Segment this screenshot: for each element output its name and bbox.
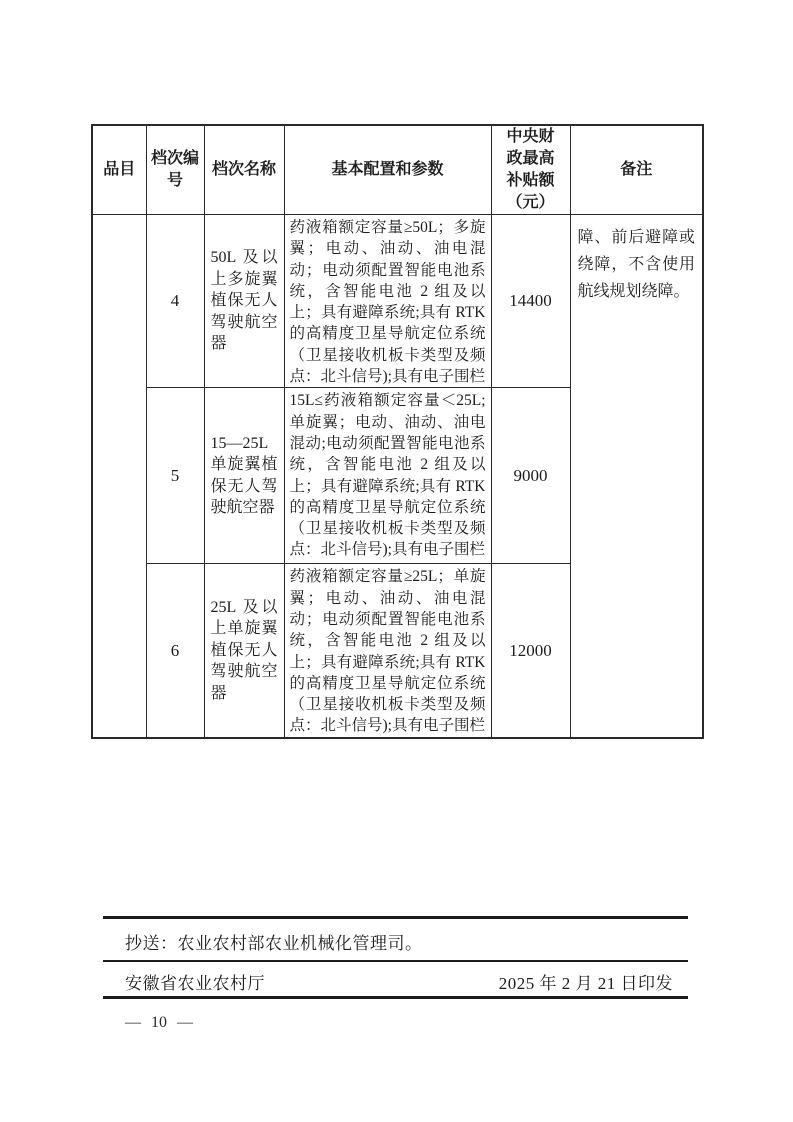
config-cell: 15L≤药液箱额定容量＜25L;单旋翼；电动、油动、油电混动;电动须配置智能电池… xyxy=(284,388,491,564)
footer-rule-bottom xyxy=(103,996,688,999)
col-header-subsidy-text: 中央财政最高补贴额（元） xyxy=(505,126,557,214)
col-header-config: 基本配置和参数 xyxy=(284,125,491,215)
footer-rule-middle xyxy=(103,960,688,962)
tier-no-cell: 6 xyxy=(146,564,204,738)
subsidy-cell: 9000 xyxy=(491,388,570,564)
col-header-tier-no: 档次编号 xyxy=(146,125,204,215)
remark-text: 障、前后避障或绕障，不含使用航线规划绕障。 xyxy=(571,215,703,305)
config-cell: 药液箱额定容量≥25L；单旋翼；电动、油动、油电混动；电动须配置智能电池系统，含… xyxy=(284,564,491,738)
copy-to-line: 抄送：农业农村部农业机械化管理司。 xyxy=(125,929,423,954)
footer-rule-top xyxy=(103,916,688,919)
page-number: — 10 — xyxy=(125,1014,193,1032)
config-cell: 药液箱额定容量≥50L；多旋翼；电动、油动、油电混动；电动须配置智能电池系统，含… xyxy=(284,215,491,388)
tier-name-text: 25L 及以上单旋翼植保无人驾驶航空器 xyxy=(205,597,284,705)
col-header-tier-name: 档次名称 xyxy=(204,125,284,215)
tier-name-cell: 50L 及以上多旋翼植保无人驾驶航空器 xyxy=(204,215,284,388)
config-text: 药液箱额定容量≥25L；单旋翼；电动、油动、油电混动；电动须配置智能电池系统，含… xyxy=(285,564,491,736)
remark-cell: 障、前后避障或绕障，不含使用航线规划绕障。 xyxy=(570,215,703,738)
tier-name-cell: 15—25L 单旋翼植保无人驾驶航空器 xyxy=(204,388,284,564)
table-header-row: 品目 档次编号 档次名称 基本配置和参数 中央财政最高补贴额（元） 备注 xyxy=(92,125,703,215)
issuer-row: 安徽省农业农村厅 2025 年 2 月 21 日印发 xyxy=(125,969,673,994)
tier-no-cell: 5 xyxy=(146,388,204,564)
subsidy-table: 品目 档次编号 档次名称 基本配置和参数 中央财政最高补贴额（元） 备注 4 5… xyxy=(91,124,704,739)
document-page: 品目 档次编号 档次名称 基本配置和参数 中央财政最高补贴额（元） 备注 4 5… xyxy=(0,0,793,1122)
print-date: 2025 年 2 月 21 日印发 xyxy=(499,969,673,994)
col-header-item: 品目 xyxy=(92,125,146,215)
tier-name-text: 50L 及以上多旋翼植保无人驾驶航空器 xyxy=(205,247,284,355)
config-text: 药液箱额定容量≥50L；多旋翼；电动、油动、油电混动；电动须配置智能电池系统，含… xyxy=(285,215,491,387)
col-header-remark: 备注 xyxy=(570,125,703,215)
tier-name-cell: 25L 及以上单旋翼植保无人驾驶航空器 xyxy=(204,564,284,738)
subsidy-cell: 14400 xyxy=(491,215,570,388)
tier-no-cell: 4 xyxy=(146,215,204,388)
subsidy-cell: 12000 xyxy=(491,564,570,738)
config-text: 15L≤药液箱额定容量＜25L;单旋翼；电动、油动、油电混动;电动须配置智能电池… xyxy=(285,388,491,560)
tier-name-text: 15—25L 单旋翼植保无人驾驶航空器 xyxy=(205,433,284,519)
table-row: 4 50L 及以上多旋翼植保无人驾驶航空器 药液箱额定容量≥50L；多旋翼；电动… xyxy=(92,215,703,388)
col-header-subsidy: 中央财政最高补贴额（元） xyxy=(491,125,570,215)
issuer-name: 安徽省农业农村厅 xyxy=(125,969,265,994)
item-cell xyxy=(92,215,146,738)
